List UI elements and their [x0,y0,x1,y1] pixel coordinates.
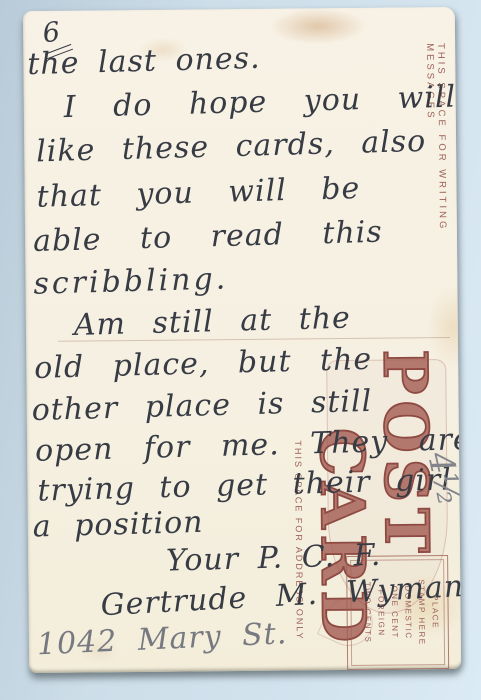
handwritten-line: scribbling. [33,261,229,301]
photo-background: THIS SPACE FOR WRITING MESSAGES POST CAR… [0,0,481,700]
handwritten-line: Am still at the [73,301,351,343]
handwritten-line: able to read this [33,215,384,259]
postcard: THIS SPACE FOR WRITING MESSAGES POST CAR… [23,7,461,673]
signature-line: Your P. C. F. [166,538,382,579]
handwritten-line: a position [32,505,204,545]
address-line: 1042 Mary St. [36,616,288,662]
handwritten-line: like these cards, also [36,124,427,170]
handwritten-line: I do hope you will [63,80,456,126]
handwritten-line: that you will be [36,171,361,215]
handwritten-line: the last ones. [27,41,261,82]
